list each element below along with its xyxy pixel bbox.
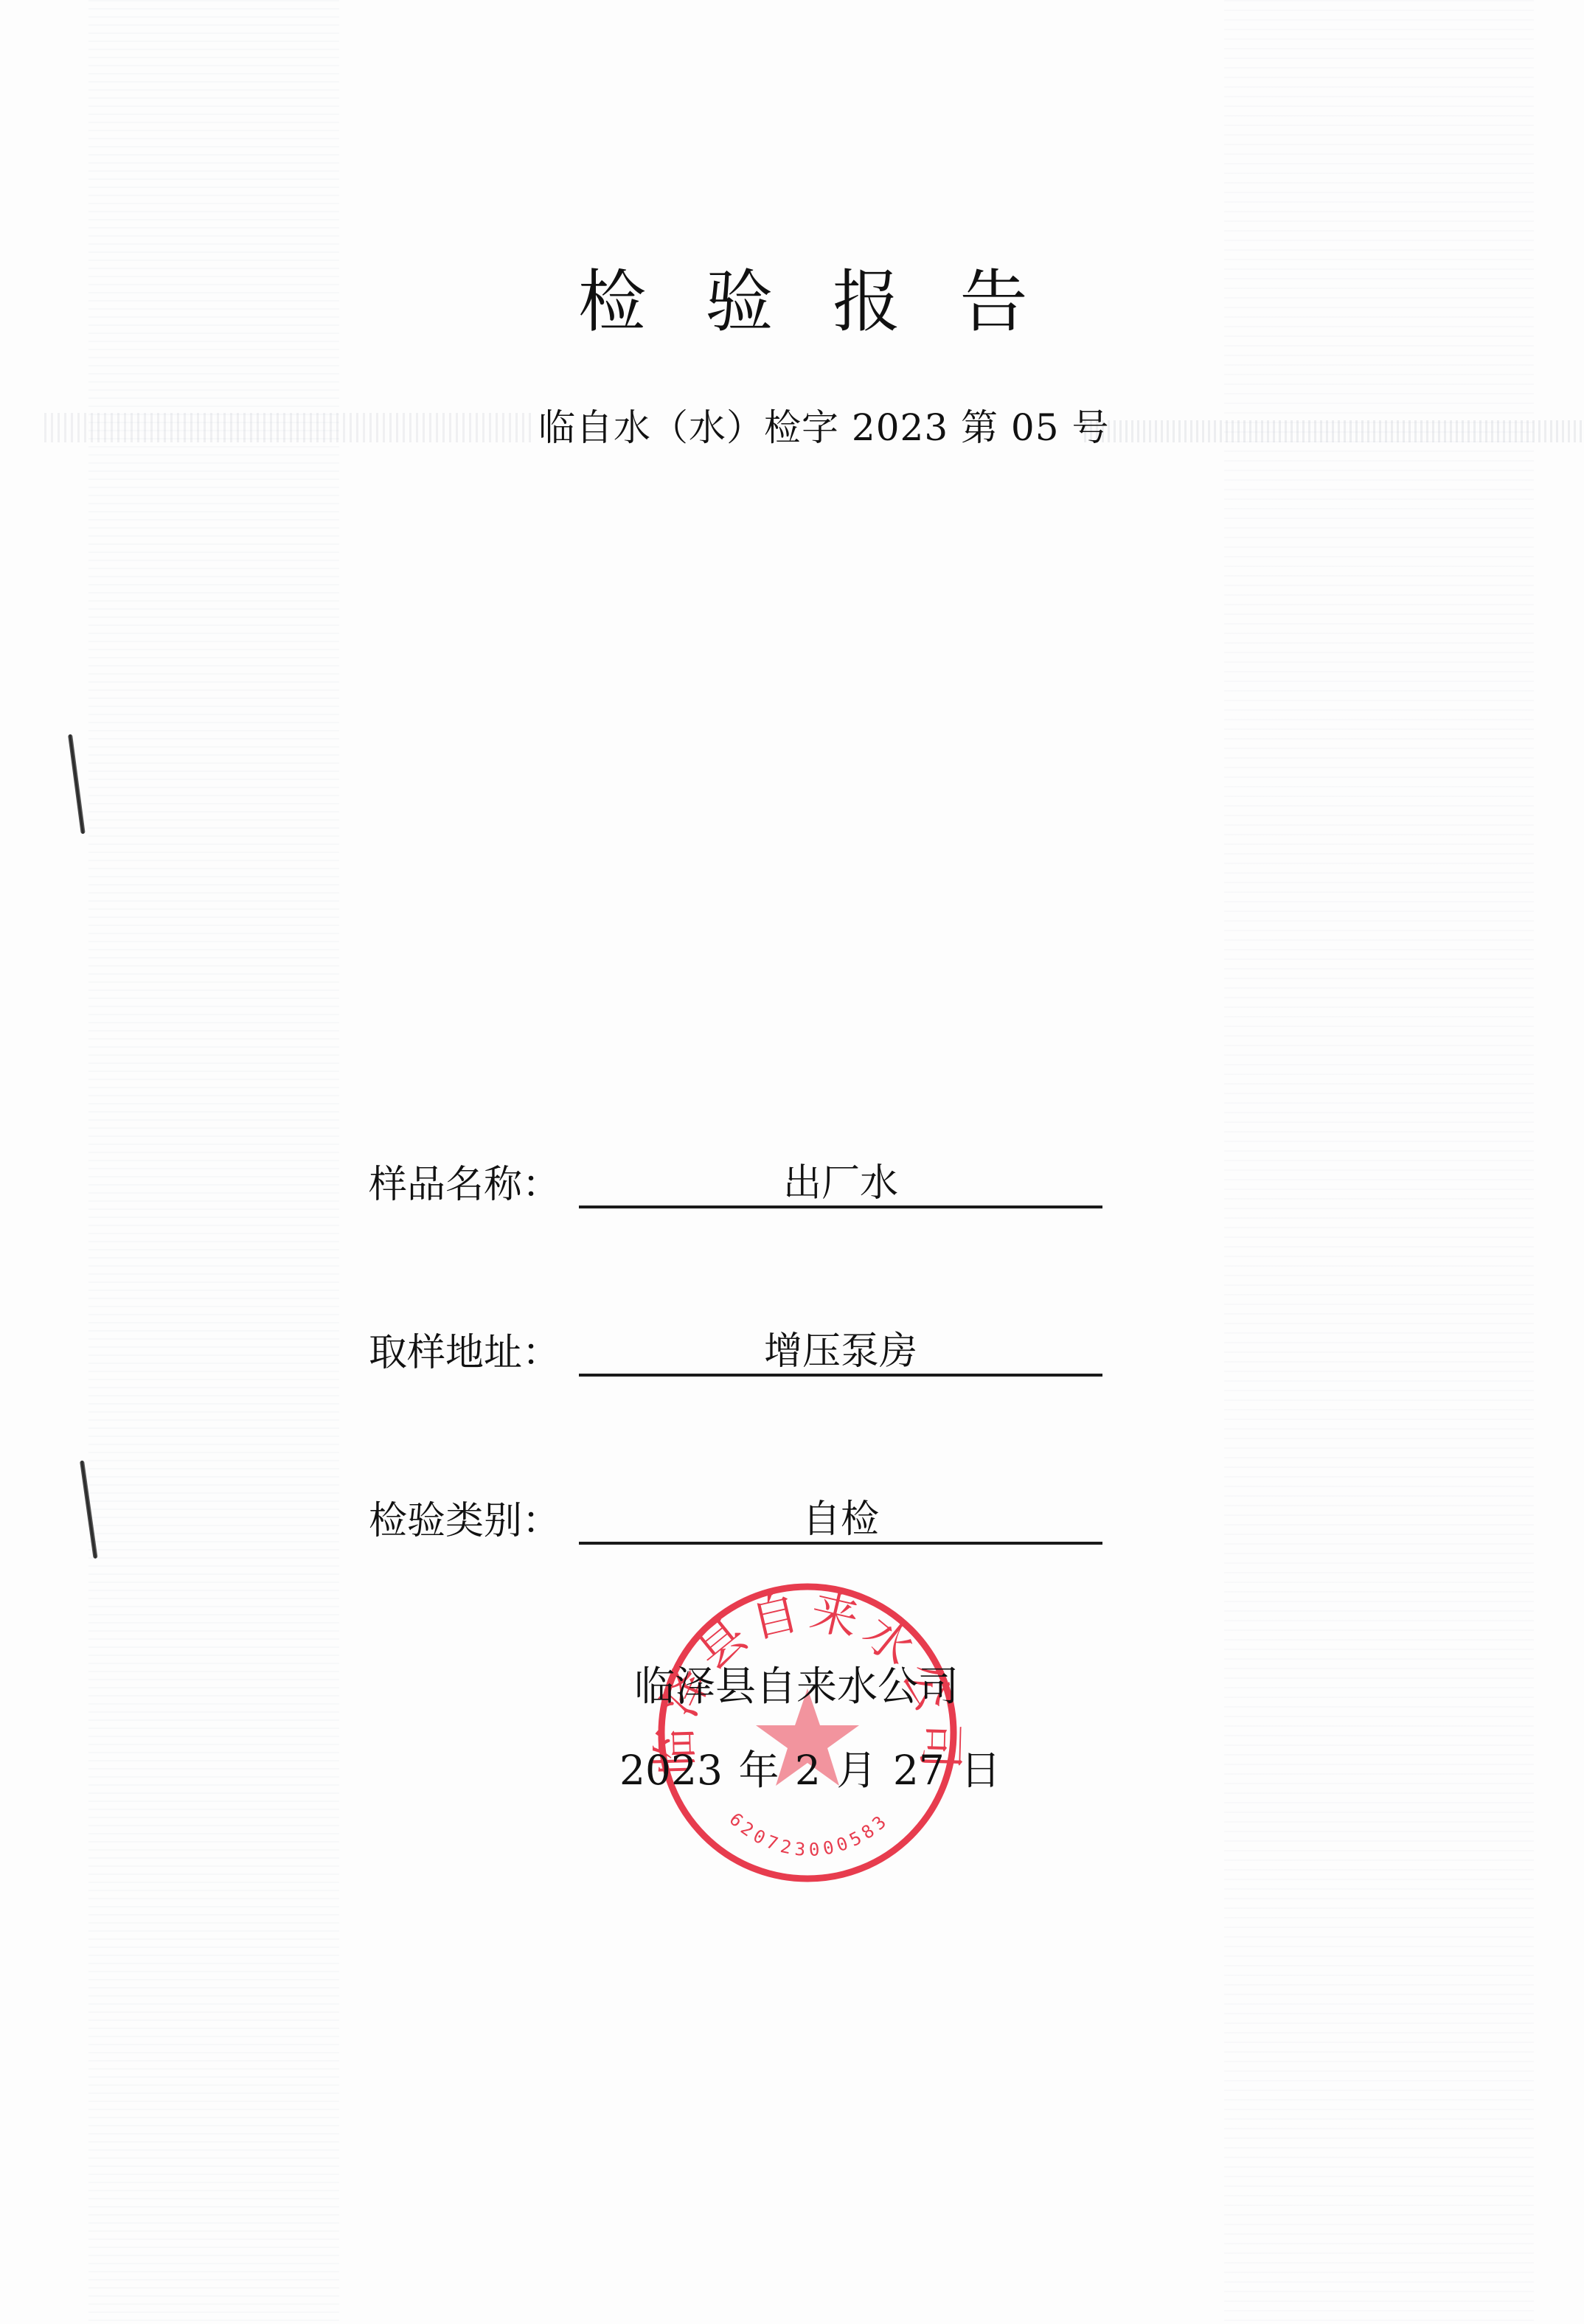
staple-icon — [80, 1461, 98, 1559]
official-seal: 临泽县自来水公司 620723000583 — [653, 1578, 962, 1888]
document-title: 检验报告 — [578, 258, 1094, 347]
issuer-name: 临泽县自来水公司 — [619, 1660, 973, 1712]
staple-icon — [68, 734, 86, 835]
seal-serial: 620723000583 — [726, 1809, 894, 1860]
scan-noise — [1224, 0, 1534, 2324]
field-value: 自检 — [579, 1494, 1102, 1545]
title-char: 报 — [833, 258, 960, 347]
field-sampling-address: 取样地址： 增压泵房 — [369, 1327, 1106, 1379]
scan-noise — [44, 413, 531, 442]
field-label: 检验类别： — [369, 1495, 560, 1547]
scan-noise — [1084, 420, 1584, 442]
issue-date: 2023 年 2 月 27 日 — [619, 1744, 973, 1796]
field-sample-name: 样品名称： 出厂水 — [369, 1159, 1106, 1211]
title-char: 检 — [578, 258, 706, 347]
title-char: 告 — [960, 258, 1088, 347]
report-number: 临自水（水）检字 2023 第 05 号 — [538, 402, 1069, 453]
field-label: 取样地址： — [369, 1327, 560, 1379]
field-value: 增压泵房 — [579, 1326, 1102, 1377]
field-label: 样品名称： — [369, 1159, 560, 1211]
field-inspection-type: 检验类别： 自检 — [369, 1495, 1106, 1547]
title-char: 验 — [706, 258, 833, 347]
scan-noise — [88, 0, 339, 2324]
field-value: 出厂水 — [579, 1158, 1102, 1209]
